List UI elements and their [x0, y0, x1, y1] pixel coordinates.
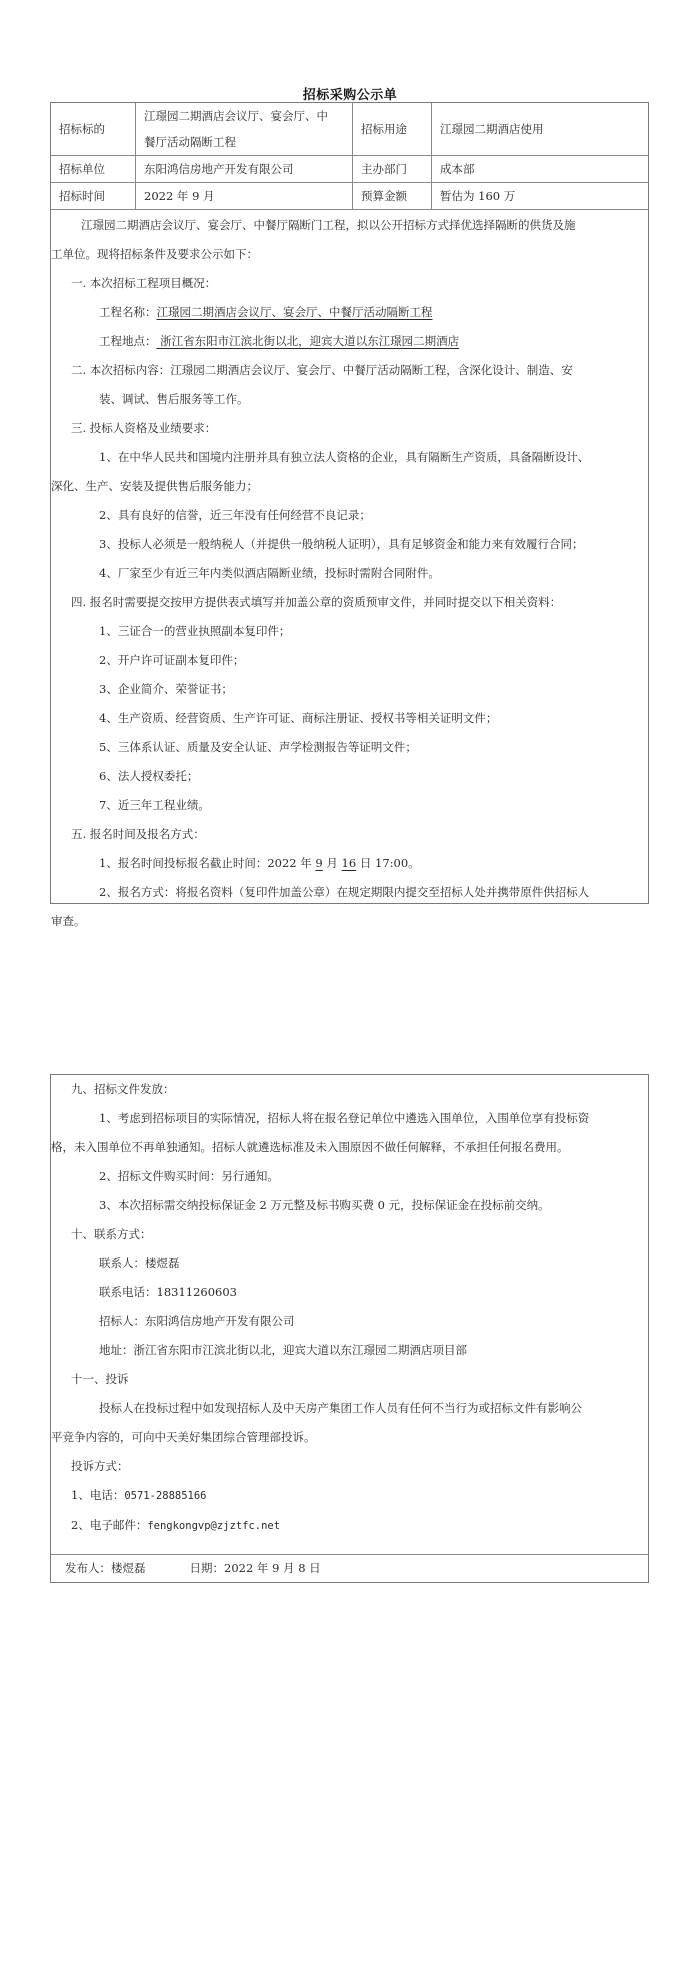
list-item: 3、本次招标需交纳投标保证金 2 万元整及标书购买费 0 元，投标保证金在投标前… [51, 1191, 648, 1220]
footer-row: 发布人：楼煜磊日期：2022 年 9 月 8 日 [51, 1554, 648, 1582]
header-table: 招标标的 江璟园二期酒店会议厅、宴会厅、中 餐厅活动隔断工程 招标用途 江璟园二… [51, 103, 648, 210]
list-item: 2、具有良好的信誉，近三年没有任何经营不良记录； [51, 501, 648, 530]
label-time: 招标时间 [51, 183, 136, 210]
email-link[interactable]: fengkongvp@zjztfc.net [147, 1520, 280, 1532]
section-heading: 二. 本次招标内容：江璟园二期酒店会议厅、宴会厅、中餐厅活动隔断工程，含深化设计… [51, 356, 648, 385]
value-budget: 暂估为 160 万 [432, 183, 649, 210]
table-row: 招标单位 东阳鸿信房地产开发有限公司 主办部门 成本部 [51, 156, 648, 183]
value-department: 成本部 [432, 156, 649, 183]
list-item: 2、报名方式：将报名资料（复印件加盖公章）在规定期限内提交至招标人处并携带原件供… [51, 878, 648, 907]
list-item: 1、在中华人民共和国境内注册并具有独立法人资格的企业，具有隔断生产资质，具备隔断… [51, 443, 648, 472]
notice-body: 江璟园二期酒店会议厅、宴会厅、中餐厅隔断门工程，拟以公开招标方式择优选择隔断的供… [51, 210, 648, 936]
label-subject: 招标标的 [51, 103, 136, 156]
section-heading: 十、联系方式： [51, 1220, 648, 1249]
address: 地址：浙江省东阳市江滨北街以北，迎宾大道以东江璟园二期酒店项目部 [51, 1336, 648, 1365]
project-name: 工程名称：江璟园二期酒店会议厅、宴会厅、中餐厅活动隔断工程 [51, 298, 648, 327]
list-item: 格，未入围单位不再单独通知。招标人就遴选标准及未入围原因不做任何解释，不承担任何… [51, 1133, 648, 1162]
list-item: 4、厂家至少有近三年内类似酒店隔断业绩，投标时需附合同附件。 [51, 559, 648, 588]
value-purpose: 江璟园二期酒店使用 [432, 103, 649, 156]
publish-date: 日期：2022 年 9 月 8 日 [190, 1561, 321, 1575]
contact-person: 联系人：楼煜磊 [51, 1249, 648, 1278]
intro-text: 江璟园二期酒店会议厅、宴会厅、中餐厅隔断门工程，拟以公开招标方式择优选择隔断的供… [51, 211, 648, 240]
section-text: 装、调试、售后服务等工作。 [51, 385, 648, 414]
complaint-phone: 1、电话：0571-28885166 [51, 1481, 648, 1511]
value-unit: 东阳鸿信房地产开发有限公司 [136, 156, 353, 183]
list-item: 2、招标文件购买时间：另行通知。 [51, 1162, 648, 1191]
label-unit: 招标单位 [51, 156, 136, 183]
project-location: 工程地点： 浙江省东阳市江滨北街以北，迎宾大道以东江璟园二期酒店 [51, 327, 648, 356]
list-item: 深化、生产、安装及提供售后服务能力； [51, 472, 648, 501]
section-heading: 五. 报名时间及报名方式： [51, 820, 648, 849]
section-heading: 四. 报名时需要提交按甲方提供表式填写并加盖公章的资质预审文件，并同时提交以下相… [51, 588, 648, 617]
notice-box-page1: 招标标的 江璟园二期酒店会议厅、宴会厅、中 餐厅活动隔断工程 招标用途 江璟园二… [50, 102, 649, 904]
contact-phone: 联系电话：18311260603 [51, 1278, 648, 1307]
list-item: 3、投标人必须是一般纳税人（并提供一般纳税人证明），具有足够资金和能力来有效履行… [51, 530, 648, 559]
intro-text: 工单位。现将招标条件及要求公示如下： [51, 240, 648, 269]
list-item: 7、近三年工程业绩。 [51, 791, 648, 820]
section-heading: 九、招标文件发放： [51, 1075, 648, 1104]
document-title: 招标采购公示单 [0, 84, 700, 103]
complaint-email: 2、电子邮件：fengkongvp@zjztfc.net [51, 1511, 648, 1541]
section-heading: 十一、投诉 [51, 1365, 648, 1394]
value-subject: 江璟园二期酒店会议厅、宴会厅、中 餐厅活动隔断工程 [136, 103, 353, 156]
list-item: 3、企业简介、荣誉证书； [51, 675, 648, 704]
section-heading: 一. 本次招标工程项目概况： [51, 269, 648, 298]
complaint-method: 投诉方式： [51, 1452, 648, 1481]
complaint-text: 平竞争内容的，可向中天美好集团综合管理部投诉。 [51, 1423, 648, 1452]
table-row: 招标标的 江璟园二期酒店会议厅、宴会厅、中 餐厅活动隔断工程 招标用途 江璟园二… [51, 103, 648, 156]
list-item: 6、法人授权委托； [51, 762, 648, 791]
list-item: 4、生产资质、经营资质、生产许可证、商标注册证、授权书等相关证明文件； [51, 704, 648, 733]
tenderer: 招标人：东阳鸿信房地产开发有限公司 [51, 1307, 648, 1336]
list-item: 1、考虑到招标项目的实际情况，招标人将在报名登记单位中遴选入围单位，入围单位享有… [51, 1104, 648, 1133]
label-budget: 预算金额 [353, 183, 432, 210]
list-item: 1、三证合一的营业执照副本复印件； [51, 617, 648, 646]
value-time: 2022 年 9 月 [136, 183, 353, 210]
list-item: 审查。 [51, 907, 648, 936]
label-department: 主办部门 [353, 156, 432, 183]
notice-box-page2: 九、招标文件发放： 1、考虑到招标项目的实际情况，招标人将在报名登记单位中遴选入… [50, 1074, 649, 1583]
table-row: 招标时间 2022 年 9 月 预算金额 暂估为 160 万 [51, 183, 648, 210]
list-item: 5、三体系认证、质量及安全认证、声学检测报告等证明文件； [51, 733, 648, 762]
registration-deadline: 1、报名时间投标报名截止时间：2022 年 9 月 16 日 17:00。 [51, 849, 648, 878]
section-heading: 三. 投标人资格及业绩要求： [51, 414, 648, 443]
label-purpose: 招标用途 [353, 103, 432, 156]
complaint-text: 投标人在投标过程中如发现招标人及中天房产集团工作人员有任何不当行为或招标文件有影… [51, 1394, 648, 1423]
publisher: 发布人：楼煜磊 [65, 1561, 146, 1575]
list-item: 2、开户许可证副本复印件； [51, 646, 648, 675]
notice-body: 九、招标文件发放： 1、考虑到招标项目的实际情况，招标人将在报名登记单位中遴选入… [51, 1075, 648, 1541]
